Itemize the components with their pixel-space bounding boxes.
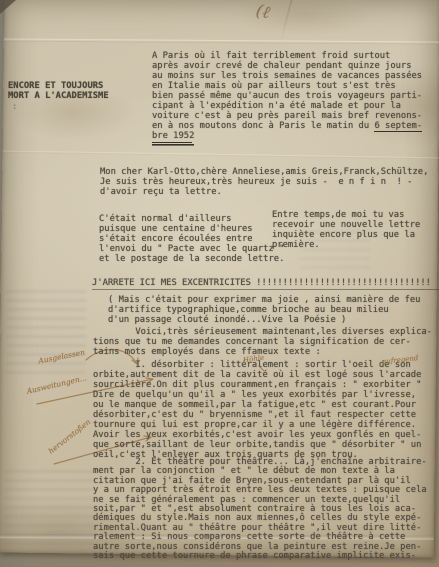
typed-parenthetical-note: ( Mais c'était pour exprimer ma joie , a… bbox=[108, 295, 439, 325]
date-underlined-part1: 6 septem- bbox=[374, 121, 422, 132]
date-underlined-part2: bre 1952 bbox=[152, 131, 194, 146]
typed-item-2-theatre: 2. Et théâtre pour théâtre... Là,j'encha… bbox=[93, 458, 439, 561]
typed-exclamation-line: J'ARRETE ICI MES EXCENTRICITES !!!!!!!!!… bbox=[92, 278, 439, 290]
typed-slogan: ENCORE ET TOUJOURSMORT A L'ACADEMISME bbox=[8, 81, 109, 101]
paragraph-paris-text: A Paris où il fait terriblement froid su… bbox=[152, 51, 422, 131]
typed-paragraph-paris: A Paris où il fait terriblement froid su… bbox=[152, 51, 439, 141]
slogan-line1: ENCORE ET TOUJOURS bbox=[8, 81, 103, 91]
typed-item-1-desorbiter: I. désorbiter : littéralement : sortir l… bbox=[93, 360, 439, 460]
letter-content: ENCORE ET TOUJOURSMORT A L'ACADEMISME : … bbox=[0, 0, 439, 567]
handwritten-margin-note-2: Ausweitungen... bbox=[26, 373, 88, 396]
handwritten-margin-note-1: Ausgelassen bbox=[38, 348, 86, 366]
typed-explanations-intro: Voici,très sérieusement maintenant,les d… bbox=[93, 327, 439, 357]
slogan-line2: MORT A L'ACADEMISME bbox=[8, 91, 109, 101]
typed-note-right-column: Entre temps,de moi tu vas recevoir une n… bbox=[272, 210, 439, 250]
handwritten-margin-note-3: hervorstoßen bbox=[47, 417, 93, 455]
letter-photograph: ENCORE ET TOUJOURSMORT A L'ACADEMISME : … bbox=[0, 0, 439, 567]
slogan-colon: : bbox=[12, 102, 17, 112]
typed-greeting: Mon cher Karl-Otto,chère Anneliese,amis … bbox=[100, 167, 439, 197]
handwritten-page-mark: (ℓ bbox=[254, 1, 272, 23]
